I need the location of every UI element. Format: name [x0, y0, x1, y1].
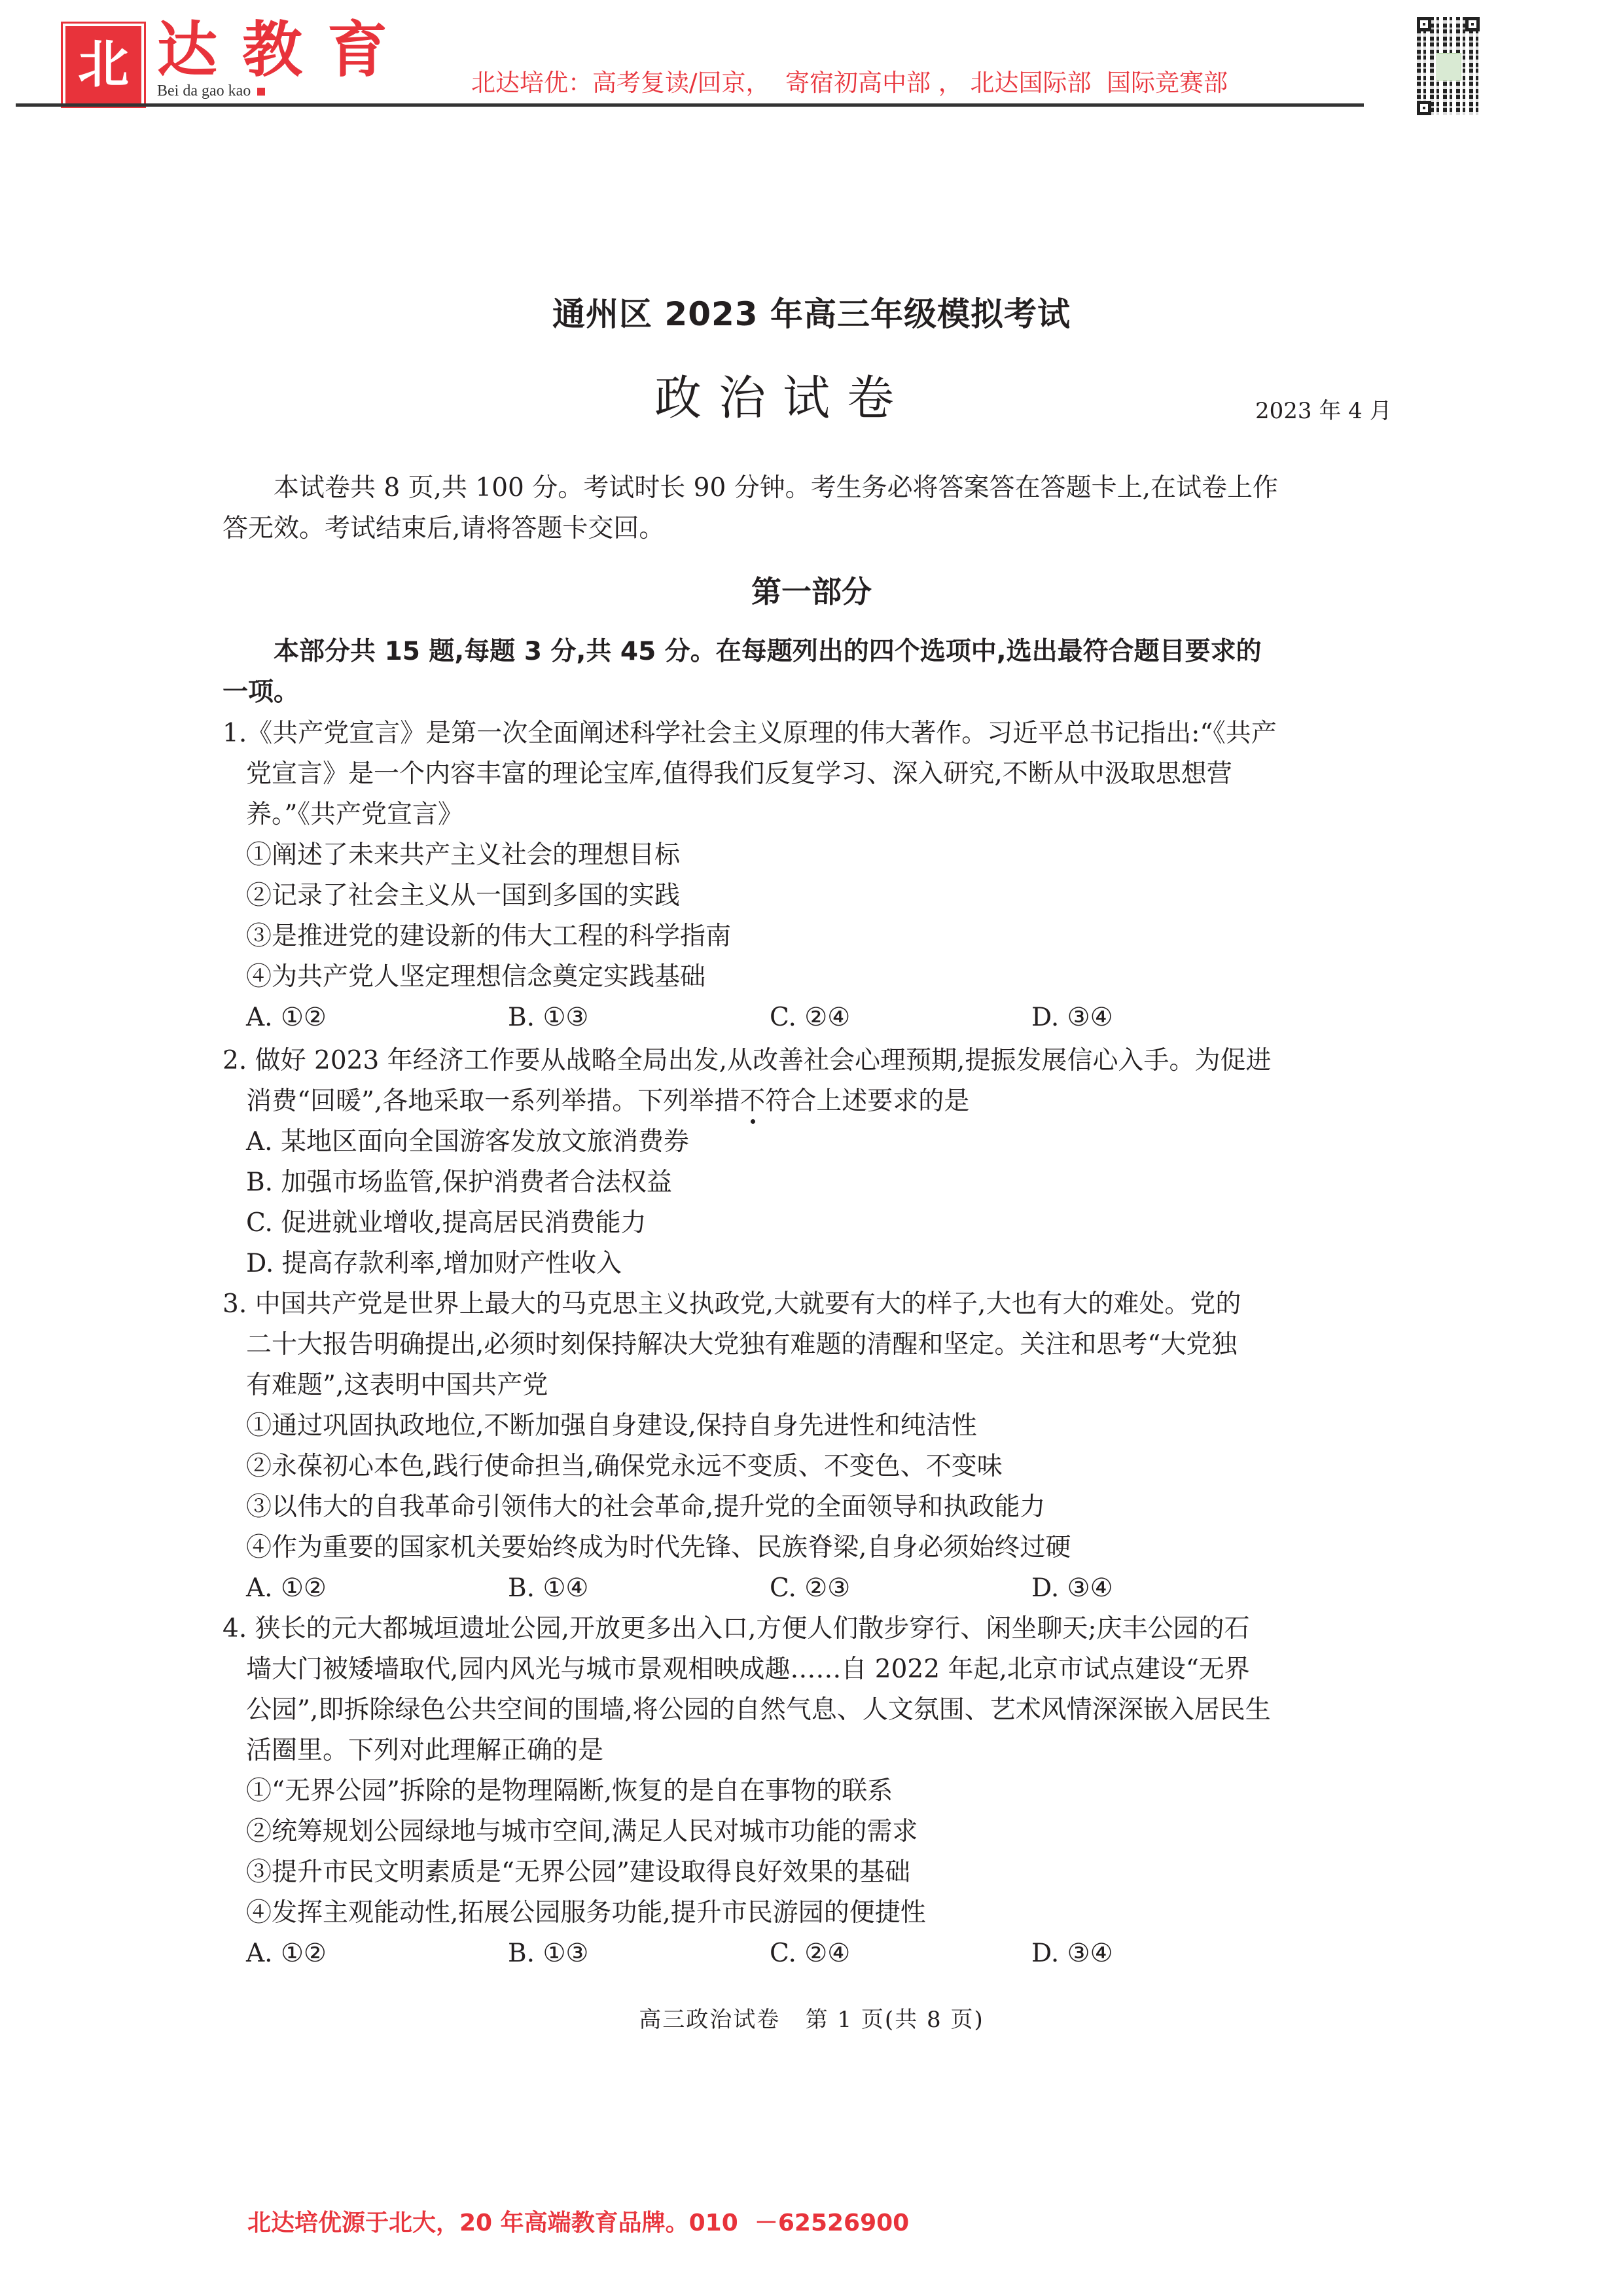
- answer-choices: A. ①② B. ①③ C. ②④ D. ③④: [223, 997, 1400, 1038]
- option-d: D. 提高存款利率,增加财产性收入: [223, 1244, 1400, 1284]
- option-b: B. 加强市场监管,保护消费者合法权益: [223, 1162, 1400, 1203]
- question-2: 2. 做好 2023 年经济工作要从战略全局出发,从改善社会心理预期,提振发展信…: [223, 1041, 1400, 1284]
- logo-text: 达教育: [157, 20, 412, 80]
- header-divider: [16, 103, 1364, 107]
- emphasis-not: 不: [740, 1086, 765, 1116]
- question-3: 3. 中国共产党是世界上最大的马克思主义执政党,大就要有大的样子,大也有大的难处…: [223, 1284, 1400, 1609]
- part-title: 第一部分: [0, 568, 1623, 611]
- question-4: 4. 狭长的元大都城垣遗址公园,开放更多出入口,方便人们散步穿行、闲坐聊天;庆丰…: [223, 1609, 1400, 1974]
- qr-code-icon: [1417, 17, 1480, 115]
- answer-choices: A. ①② B. ①④ C. ②③ D. ③④: [223, 1568, 1400, 1609]
- choice-a: A. ①②: [246, 1933, 508, 1974]
- statement: ①阐述了未来共产主义社会的理想目标: [223, 835, 1400, 876]
- choice-a: A. ①②: [246, 1568, 508, 1609]
- page-number: 高三政治试卷 第 1 页(共 8 页): [0, 2001, 1623, 2034]
- exam-date: 2023 年 4 月: [1255, 393, 1392, 425]
- choice-b: B. ①③: [508, 1933, 770, 1974]
- choice-d: D. ③④: [1031, 1933, 1293, 1974]
- choice-b: B. ①④: [508, 1568, 770, 1609]
- choice-d: D. ③④: [1031, 997, 1293, 1038]
- logo-subtitle: Bei da gao kao: [157, 82, 265, 100]
- logo-mark: 北: [65, 26, 141, 103]
- statement: ③提升市民文明素质是“无界公园”建设取得良好效果的基础: [223, 1852, 1400, 1893]
- statement: ③以伟大的自我革命引领伟大的社会革命,提升党的全面领导和执政能力: [223, 1487, 1400, 1528]
- header-slogan: 北达培优：高考复读/回京， 寄宿初高中部 ， 北达国际部 国际竞赛部: [471, 63, 1228, 98]
- statement: ②记录了社会主义从一国到多国的实践: [223, 876, 1400, 916]
- choice-c: C. ②④: [770, 1933, 1031, 1974]
- logo-square-icon: [257, 88, 265, 96]
- exam-title: 通州区 2023 年高三年级模拟考试: [0, 288, 1623, 335]
- statement: ①通过巩固执政地位,不断加强自身建设,保持自身先进性和纯洁性: [223, 1406, 1400, 1446]
- statement: ②永葆初心本色,践行使命担当,确保党永远不变质、不变色、不变味: [223, 1446, 1400, 1487]
- statement: ②统筹规划公园绿地与城市空间,满足人民对城市功能的需求: [223, 1812, 1400, 1852]
- option-a: A. 某地区面向全国游客发放文旅消费券: [223, 1122, 1400, 1162]
- choice-c: C. ②③: [770, 1568, 1031, 1609]
- exam-instructions: 本试卷共 8 页,共 100 分。考试时长 90 分钟。考生务必将答案答在答题卡…: [223, 468, 1400, 549]
- question-1: 1.《共产党宣言》是第一次全面阐述科学社会主义原理的伟大著作。习近平总书记指出:…: [223, 713, 1400, 1038]
- choice-c: C. ②④: [770, 997, 1031, 1038]
- footer-promo: 北达培优源于北大，20 年高端教育品牌。010 －62526900: [247, 2204, 909, 2238]
- statement: ④发挥主观能动性,拓展公园服务功能,提升市民游园的便捷性: [223, 1893, 1400, 1933]
- statement: ④作为重要的国家机关要始终成为时代先锋、民族脊梁,自身必须始终过硬: [223, 1528, 1400, 1568]
- choice-d: D. ③④: [1031, 1568, 1293, 1609]
- statement: ③是推进党的建设新的伟大工程的科学指南: [223, 916, 1400, 957]
- statement: ④为共产党人坚定理想信念奠定实践基础: [223, 957, 1400, 997]
- part-intro: 本部分共 15 题,每题 3 分,共 45 分。在每题列出的四个选项中,选出最符…: [223, 632, 1400, 713]
- exam-subject: 政治试卷: [654, 360, 911, 428]
- choice-b: B. ①③: [508, 997, 770, 1038]
- choice-a: A. ①②: [246, 997, 508, 1038]
- answer-choices: A. ①② B. ①③ C. ②④ D. ③④: [223, 1933, 1400, 1974]
- statement: ①“无界公园”拆除的是物理隔断,恢复的是自在事物的联系: [223, 1771, 1400, 1812]
- option-c: C. 促进就业增收,提高居民消费能力: [223, 1203, 1400, 1244]
